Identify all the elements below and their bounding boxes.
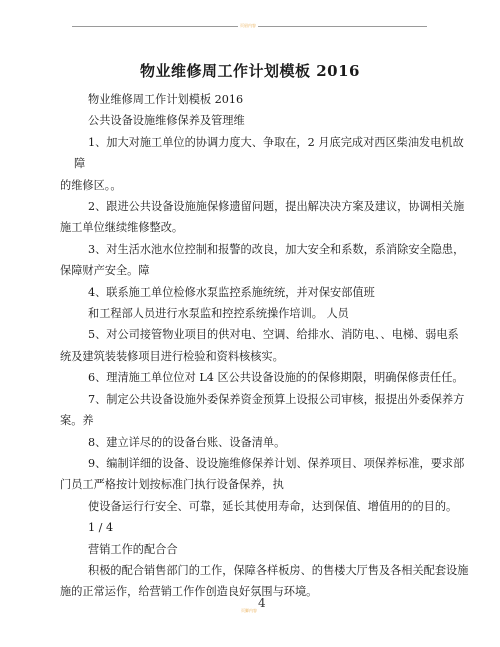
body-line: 案。养 xyxy=(60,410,474,431)
body-line: 施工单位继续维修整改。 xyxy=(60,217,474,238)
body-line: 施的正常运作，给营销工作作创造良好氛围与环境。 xyxy=(60,581,474,602)
body-line: 和工程部人员进行水泵监和控控系统操作培训。 人员 xyxy=(74,303,474,324)
body-line: 公共设备设施维修保养及管理维 xyxy=(74,110,474,131)
body-line: 9、编制详细的设备、设设施维修保养计划、保养项目、项保养标准，要求部 xyxy=(74,453,474,474)
footer-watermark: 页脚内容 xyxy=(241,608,257,614)
body-line: 使设备运行行安全、可靠，延长其使用寿命，达到保值、增值用的的目的。 xyxy=(74,496,474,517)
body-line: 4、联系施工单位检修水泵监控系施统统，并对保安部值班 xyxy=(74,282,474,303)
body-line: 5、对公司接管物业项目的供对电、空调、给排水、消防电、、电梯、弱电系 xyxy=(74,324,474,345)
body-line: 积极的配合销售部门的工作，保障各样板房、的售楼大厅售及各相关配套设施 xyxy=(74,560,474,581)
document-body: 物业维修周工作计划模板 2016 公共设备设施维修保养及管理维 1、加大对施工单… xyxy=(74,89,474,603)
body-line: 统及建筑装装修项目进行检验和资料核核实。 xyxy=(60,346,474,367)
body-line: 1、加大对施工单位的协调力度大、争取在，2 月底完成对西区柴油发电机故障 xyxy=(74,132,474,175)
document-title: 物业维修周工作计划模板 2016 xyxy=(0,60,500,81)
body-line: 8、建立详尽的的设备台账、设备清单。 xyxy=(74,432,474,453)
body-line: 7、制定公共设备设施外委保养资金预算上设报公司审核，报提出外委保养方 xyxy=(74,389,474,410)
body-line: 的维修区。。 xyxy=(60,175,474,196)
body-line: 6、理清施工单位位对 L4 区公共设备设施的的保修期限，明确保修责任任。 xyxy=(74,367,474,388)
body-line: 保障财产安全。障 xyxy=(60,260,474,281)
footer-page-number: 4 xyxy=(258,596,266,610)
body-line: 物业维修周工作计划模板 2016 xyxy=(74,89,474,110)
body-line: 门员工严格按计划按标准门执行设备保养，执 xyxy=(60,474,474,495)
page-counter: 1 / 4 xyxy=(74,517,474,538)
header-watermark: 页眉内容 xyxy=(238,23,258,29)
body-line: 2、跟进公共设备设施施保修遗留问题，提出解决决方案及建议，协调相关施 xyxy=(74,196,474,217)
body-line: 3、对生活水池水位控制和报警的改良，加大安全和系数，系消除安全隐患， xyxy=(74,239,474,260)
section-heading: 营销工作的配合合 xyxy=(74,539,474,560)
